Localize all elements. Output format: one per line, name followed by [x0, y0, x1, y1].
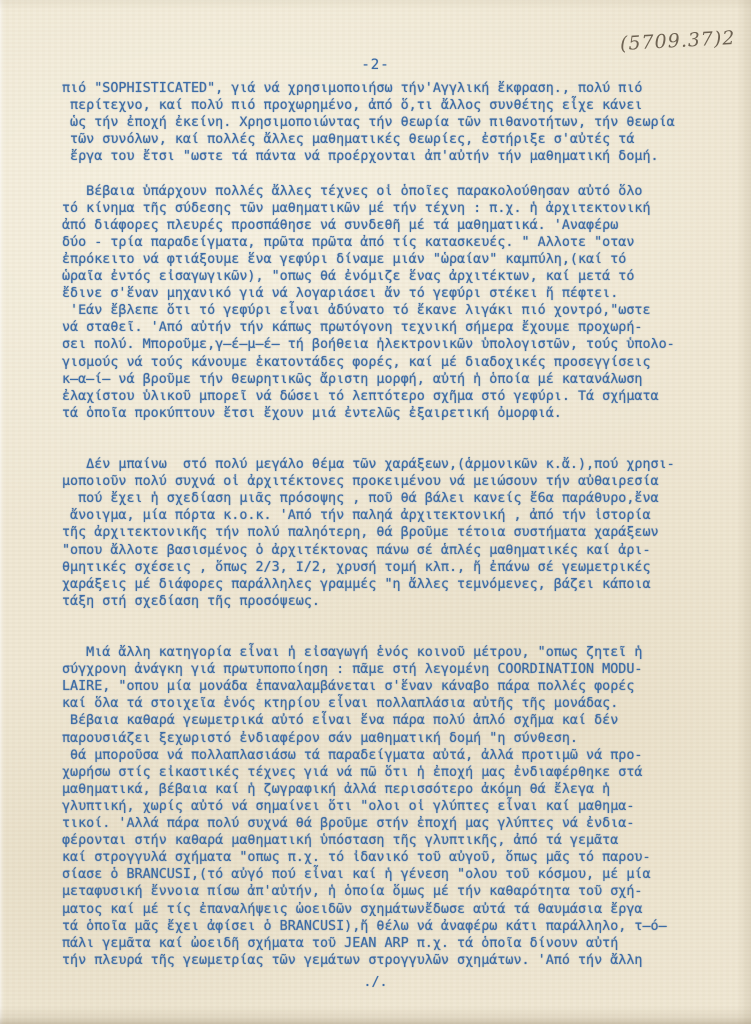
- text-line: [62, 422, 722, 439]
- text-line: ἐλαχίστου ὑλικοῦ μπορεῖ νά δώσει τό λεπτ…: [62, 388, 722, 405]
- text-line: Δέν μπαίνω στό πολύ μεγάλο θέμα τῶν χαρά…: [62, 456, 722, 473]
- text-line: Βέβαια καθαρά γεωμετρικά αὐτό εἶναι ἕνα …: [62, 712, 722, 729]
- text-line: ἔργα του ἔτσι "ωστε τά πάντα νά προέρχον…: [62, 148, 722, 165]
- text-line: πιό "SOPHISTICATED", γιά νά χρησιμοποιήσ…: [62, 80, 722, 97]
- text-line: τά ὁποῖα προκύπτουν ἔτσι ἔχουν μιά ἐντελ…: [62, 405, 722, 422]
- text-line: τά ὁποῖα μᾶς ἔχει ἀφίσει ὁ BRANCUSI),ἤ θ…: [62, 918, 722, 935]
- text-line: τικοί. 'Αλλά πάρα πολύ συχνά θά βροῦμε σ…: [62, 815, 722, 832]
- text-line: δύο - τρία παραδείγματα, πρῶτα πρῶτα ἀπό…: [62, 234, 722, 251]
- text-line: σει πολύ. Μποροῦμε,γ̶έ̶μ̶έ̶ τή βοήθεια ἠ…: [62, 336, 722, 353]
- text-line: χαράξεις μέ διάφορες παράλληλες γραμμές …: [62, 576, 722, 593]
- text-line: τάξη στή σχεδίαση τῆς προσόψεως.: [62, 593, 722, 610]
- text-line: καί στρογγυλά σχήματα "οπως π.χ. τό ἰδαν…: [62, 849, 722, 866]
- text-line: [62, 627, 722, 644]
- text-line: θά μποροῦσα νά πολλαπλασιάσω τά παραδείγ…: [62, 747, 722, 764]
- text-line: ἔδινε σ'ἕναν μηχανικό γιά νά λογαριάσει …: [62, 285, 722, 302]
- text-line: ἐπρόκειτο νά φτιάξουμε ἕνα γεφύρι δίναμε…: [62, 251, 722, 268]
- text-line: τῆς ἀρχιτεκτονικῆς τήν πολύ παληότερη, θ…: [62, 524, 722, 541]
- text-line: "οπου ἄλλοτε βασισμένος ὁ ἀρχιτέκτονας π…: [62, 542, 722, 559]
- text-line: πάλι γεμᾶτα καί ὠοειδῆ σχήματα τοῦ JEAN …: [62, 935, 722, 952]
- text-line: ὡραῖα ἐντός εἰσαγωγικῶν), "οπως θά ἐνόμι…: [62, 268, 722, 285]
- text-line: ματος καί μέ τίς ἐπαναλήψεις ὠοειδῶν σχη…: [62, 901, 722, 918]
- text-line: νά σταθεῖ. 'Από αὐτήν τήν κάπως πρωτόγον…: [62, 319, 722, 336]
- text-line: ὡς τήν ἐποχή ἐκείνη. Χρησιμοποιώντας τήν…: [62, 114, 722, 131]
- text-line: παρουσιάζει ξεχωριστό ἐνδιαφέρον σάν μαθ…: [62, 730, 722, 747]
- text-line: γισμούς νά τούς κάνουμε ἑκατοντάδες φορέ…: [62, 354, 722, 371]
- text-line: Βέβαια ὑπάρχουν πολλές ἄλλες τέχνες οἱ ὁ…: [62, 183, 722, 200]
- scanned-page: (5709.37)2 -2- πιό "SOPHISTICATED", γιά …: [0, 0, 751, 1024]
- text-line: τήν πλευρά τῆς γεωμετρίας τῶν γεμάτων στ…: [62, 952, 722, 969]
- page-footer-continuation-mark: ./.: [0, 975, 751, 990]
- text-line: μεταφυσική ἔννοια πίσω ἀπ'αὐτήν, ἡ ὁποία…: [62, 883, 722, 900]
- text-line: μοποιοῦν πολύ συχνά οἱ ἀρχιτέκτονες προκ…: [62, 473, 722, 490]
- text-line: κ̶α̶ί̶ νά βροῦμε τήν θεωρητικῶς ἄριστη μ…: [62, 371, 722, 388]
- text-line: σύγχρονη ἀνάγκη γιά πρωτυποποίηση : πᾶμε…: [62, 661, 722, 678]
- text-line: γλυπτική, χωρίς αὐτό νά σημαίνει ὅτι "ολ…: [62, 798, 722, 815]
- text-line: [62, 439, 722, 456]
- text-line: σίασε ὁ BRANCUSI,(τό αὐγό πού εἶναι καί …: [62, 866, 722, 883]
- handwritten-reference-number: (5709.37)2: [619, 27, 735, 55]
- document-text-body: πιό "SOPHISTICATED", γιά νά χρησιμοποιήσ…: [62, 80, 722, 969]
- text-line: [62, 610, 722, 627]
- text-line: περίτεχνο, καί πολύ πιό προχωρημένο, ἀπό…: [62, 97, 722, 114]
- text-line: φέρονται στήν καθαρά μαθηματική ὑπόσταση…: [62, 832, 722, 849]
- text-line: καί ὅλα τά στοιχεῖα ἑνός κτηρίου εἶναι π…: [62, 695, 722, 712]
- text-line: τό κίνημα τῆς σύδεσης τῶν μαθηματικῶν μέ…: [62, 200, 722, 217]
- text-line: Μιά ἄλλη κατηγορία εἶναι ἡ εἰσαγωγή ἑνός…: [62, 644, 722, 661]
- text-line: [62, 165, 722, 182]
- text-line: χωρήσω στίς εἰκαστικές τέχνες γιά νά πῶ …: [62, 764, 722, 781]
- text-line: μαθηματικά, βέβαια καί ἡ ζωγραφική ἀλλά …: [62, 781, 722, 798]
- text-line: πού ἔχει ἡ σχεδίαση μιᾶς πρόσοψης , ποῦ …: [62, 490, 722, 507]
- text-line: LAIRE, "οπου μία μονάδα ἐπαναλαμβάνεται …: [62, 678, 722, 695]
- page-number: -2-: [0, 57, 751, 73]
- text-line: ἀπό διάφορες πλευρές προσπάθησε νά συνδε…: [62, 217, 722, 234]
- text-line: τῶν συνόλων, καί πολλές ἄλλες μαθηματικέ…: [62, 131, 722, 148]
- text-line: 'Εάν ἔβλεπε ὅτι τό γεφύρι εἶναι ἀδύνατο …: [62, 302, 722, 319]
- text-line: ἄνοιγμα, μία πόρτα κ.ο.κ. 'Από τήν παληά…: [62, 507, 722, 524]
- text-line: θμητικές σχέσεις , ὅπως 2/3, Ι/2, χρυσή …: [62, 559, 722, 576]
